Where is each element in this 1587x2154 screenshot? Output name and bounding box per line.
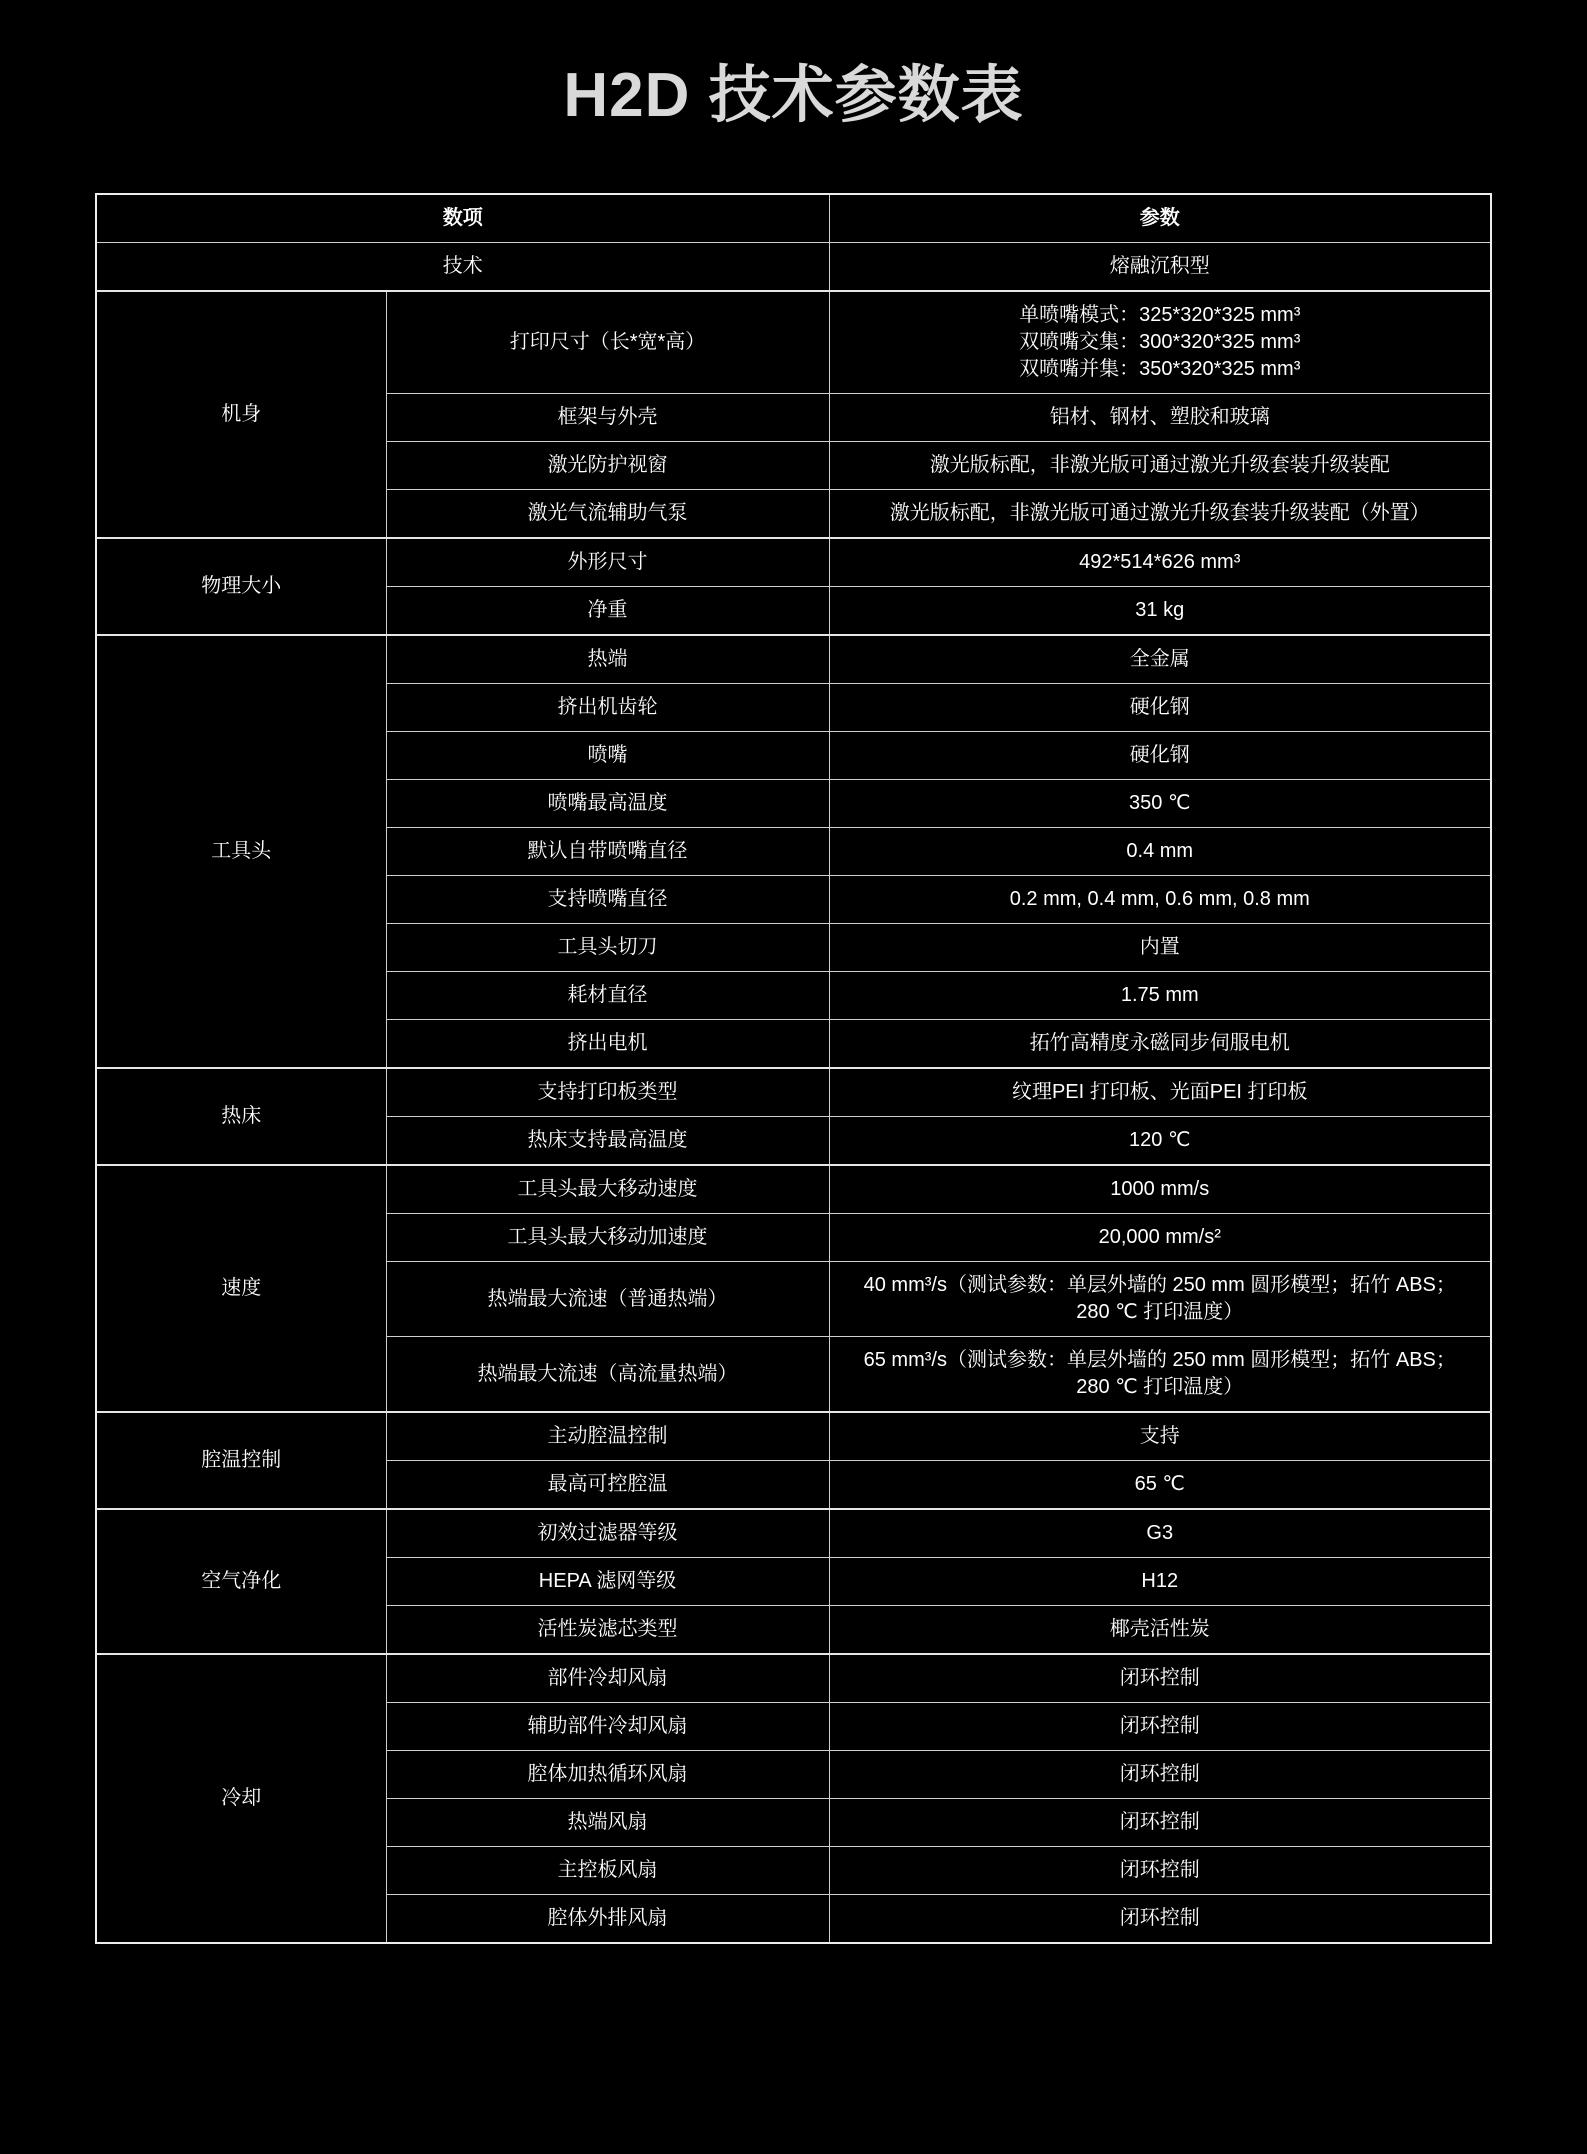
spec-value: 硬化钢: [829, 732, 1491, 780]
spec-value: G3: [829, 1509, 1491, 1558]
spec-value: 40 mm³/s（测试参数：单层外墙的 250 mm 圆形模型；拓竹 ABS； …: [829, 1262, 1491, 1337]
spec-value: 0.4 mm: [829, 828, 1491, 876]
spec-value: 闭环控制: [829, 1751, 1491, 1799]
group-label: 机身: [96, 291, 386, 538]
spec-value: 拓竹高精度永磁同步伺服电机: [829, 1020, 1491, 1069]
spec-value: 20,000 mm/s²: [829, 1214, 1491, 1262]
group-label: 热床: [96, 1068, 386, 1165]
spec-value: 350 ℃: [829, 780, 1491, 828]
group-label: 腔温控制: [96, 1412, 386, 1509]
group-label: 空气净化: [96, 1509, 386, 1654]
page-title: H2D 技术参数表: [0, 48, 1587, 144]
spec-value: 65 ℃: [829, 1461, 1491, 1510]
spec-value: 1.75 mm: [829, 972, 1491, 1020]
spec-item: 默认自带喷嘴直径: [386, 828, 829, 876]
group-label: 物理大小: [96, 538, 386, 635]
spec-item: 热端风扇: [386, 1799, 829, 1847]
spec-row: 机身 打印尺寸（长*宽*高） 单喷嘴模式：325*320*325 mm³ 双喷嘴…: [96, 291, 1491, 394]
spec-item: 净重: [386, 587, 829, 636]
spec-value: 492*514*626 mm³: [829, 538, 1491, 587]
group-label: 冷却: [96, 1654, 386, 1943]
spec-value: 熔融沉积型: [829, 243, 1491, 292]
spec-item: 喷嘴最高温度: [386, 780, 829, 828]
spec-item: 工具头最大移动加速度: [386, 1214, 829, 1262]
spec-item: 打印尺寸（长*宽*高）: [386, 291, 829, 394]
spec-item: 框架与外壳: [386, 394, 829, 442]
spec-value: 闭环控制: [829, 1703, 1491, 1751]
spec-item: 热端: [386, 635, 829, 684]
spec-item: 腔体外排风扇: [386, 1895, 829, 1944]
spec-item: 挤出电机: [386, 1020, 829, 1069]
spec-value: 全金属: [829, 635, 1491, 684]
spec-item: 部件冷却风扇: [386, 1654, 829, 1703]
spec-value: 31 kg: [829, 587, 1491, 636]
spec-value: 硬化钢: [829, 684, 1491, 732]
spec-item: HEPA 滤网等级: [386, 1558, 829, 1606]
spec-value: 0.2 mm, 0.4 mm, 0.6 mm, 0.8 mm: [829, 876, 1491, 924]
spec-row: 空气净化 初效过滤器等级 G3: [96, 1509, 1491, 1558]
spec-item: 腔体加热循环风扇: [386, 1751, 829, 1799]
spec-row: 技术 熔融沉积型: [96, 243, 1491, 292]
spec-value: 激光版标配，非激光版可通过激光升级套装升级装配: [829, 442, 1491, 490]
spec-value: 闭环控制: [829, 1847, 1491, 1895]
spec-item: 耗材直径: [386, 972, 829, 1020]
spec-value: 65 mm³/s（测试参数：单层外墙的 250 mm 圆形模型；拓竹 ABS； …: [829, 1337, 1491, 1413]
spec-item: 支持喷嘴直径: [386, 876, 829, 924]
spec-item: 挤出机齿轮: [386, 684, 829, 732]
spec-item: 辅助部件冷却风扇: [386, 1703, 829, 1751]
spec-row: 腔温控制 主动腔温控制 支持: [96, 1412, 1491, 1461]
spec-item: 激光气流辅助气泵: [386, 490, 829, 539]
spec-value: H12: [829, 1558, 1491, 1606]
spec-item: 喷嘴: [386, 732, 829, 780]
group-label: 速度: [96, 1165, 386, 1412]
spec-value: 闭环控制: [829, 1799, 1491, 1847]
spec-row: 热床 支持打印板类型 纹理PEI 打印板、光面PEI 打印板: [96, 1068, 1491, 1117]
spec-item: 最高可控腔温: [386, 1461, 829, 1510]
spec-value: 单喷嘴模式：325*320*325 mm³ 双喷嘴交集：300*320*325 …: [829, 291, 1491, 394]
spec-value: 纹理PEI 打印板、光面PEI 打印板: [829, 1068, 1491, 1117]
spec-item: 外形尺寸: [386, 538, 829, 587]
spec-value: 内置: [829, 924, 1491, 972]
spec-item: 主动腔温控制: [386, 1412, 829, 1461]
header-item-col: 数项: [96, 194, 829, 243]
spec-item: 支持打印板类型: [386, 1068, 829, 1117]
header-value-col: 参数: [829, 194, 1491, 243]
spec-row: 冷却 部件冷却风扇 闭环控制: [96, 1654, 1491, 1703]
spec-item: 工具头切刀: [386, 924, 829, 972]
spec-item: 热端最大流速（普通热端）: [386, 1262, 829, 1337]
spec-value: 椰壳活性炭: [829, 1606, 1491, 1655]
spec-item: 热端最大流速（高流量热端）: [386, 1337, 829, 1413]
spec-table: 数项 参数 技术 熔融沉积型 机身 打印尺寸（长*宽*高） 单喷嘴模式：325*…: [95, 193, 1492, 1944]
spec-item: 初效过滤器等级: [386, 1509, 829, 1558]
spec-value: 激光版标配，非激光版可通过激光升级套装升级装配（外置）: [829, 490, 1491, 539]
spec-value: 铝材、钢材、塑胶和玻璃: [829, 394, 1491, 442]
spec-header-row: 数项 参数: [96, 194, 1491, 243]
spec-value: 1000 mm/s: [829, 1165, 1491, 1214]
spec-item: 工具头最大移动速度: [386, 1165, 829, 1214]
spec-item: 激光防护视窗: [386, 442, 829, 490]
spec-item: 技术: [96, 243, 829, 292]
spec-value: 闭环控制: [829, 1895, 1491, 1944]
spec-value: 120 ℃: [829, 1117, 1491, 1166]
spec-item: 热床支持最高温度: [386, 1117, 829, 1166]
spec-item: 主控板风扇: [386, 1847, 829, 1895]
spec-row: 速度 工具头最大移动速度 1000 mm/s: [96, 1165, 1491, 1214]
spec-row: 物理大小 外形尺寸 492*514*626 mm³: [96, 538, 1491, 587]
group-label: 工具头: [96, 635, 386, 1068]
spec-item: 活性炭滤芯类型: [386, 1606, 829, 1655]
spec-value: 闭环控制: [829, 1654, 1491, 1703]
spec-row: 工具头 热端 全金属: [96, 635, 1491, 684]
spec-value: 支持: [829, 1412, 1491, 1461]
